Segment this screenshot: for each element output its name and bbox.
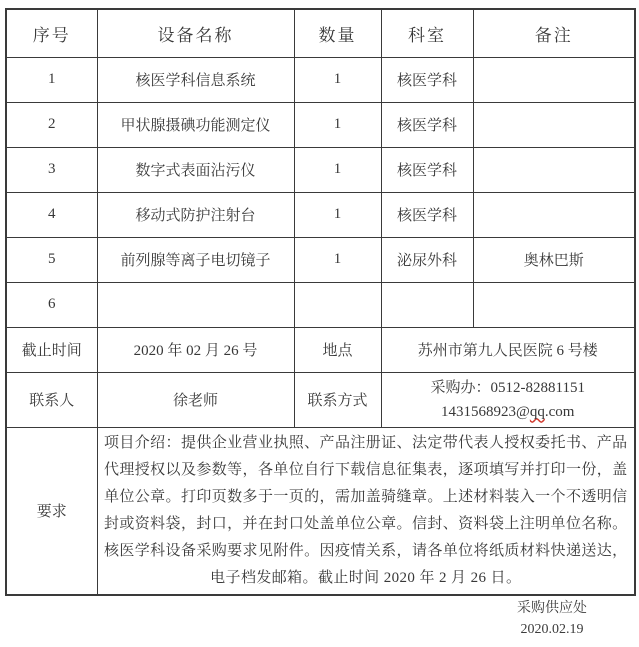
seq-cell: 5: [6, 237, 97, 282]
quantity-cell: 1: [294, 237, 381, 282]
email-tld-part: .com: [545, 404, 575, 420]
contact-method-value-cell: 采购办：0512-82881151 1431568923@qq.com: [381, 372, 635, 427]
seq-cell: 1: [6, 57, 97, 102]
device-name-cell: [97, 282, 294, 327]
quantity-cell: 1: [294, 102, 381, 147]
department-cell: 核医学科: [381, 192, 473, 237]
header-seq: 序号: [6, 9, 97, 57]
contact-name-cell: 徐老师: [97, 372, 294, 427]
device-name-cell: 甲状腺摄碘功能测定仪: [97, 102, 294, 147]
remarks-cell: [473, 57, 635, 102]
document-page: 序号 设备名称 数量 科室 备注 1 核医学科信息系统 1 核医学科 2 甲状腺…: [0, 0, 639, 647]
department-cell: [381, 282, 473, 327]
equipment-row-3: 3 数字式表面沾污仪 1 核医学科: [6, 147, 635, 192]
contact-email-line: 1431568923@qq.com: [386, 400, 631, 424]
remarks-cell: 奥林巴斯: [473, 237, 635, 282]
equipment-row-6: 6: [6, 282, 635, 327]
department-cell: 核医学科: [381, 102, 473, 147]
header-quantity: 数量: [294, 9, 381, 57]
location-label-cell: 地点: [294, 327, 381, 372]
signature-department: 采购供应处: [517, 598, 587, 619]
device-name-cell: 移动式防护注射台: [97, 192, 294, 237]
department-cell: 核医学科: [381, 147, 473, 192]
deadline-row: 截止时间 2020 年 02 月 26 号 地点 苏州市第九人民医院 6 号楼: [6, 327, 635, 372]
department-cell: 泌尿外科: [381, 237, 473, 282]
remarks-cell: [473, 192, 635, 237]
header-department: 科室: [381, 9, 473, 57]
department-cell: 核医学科: [381, 57, 473, 102]
requirements-text-cell: 项目介绍：提供企业营业执照、产品注册证、法定带代表人授权委托书、产品代理授权以及…: [97, 427, 635, 595]
deadline-label-cell: 截止时间: [6, 327, 97, 372]
remarks-cell: [473, 147, 635, 192]
header-device-name: 设备名称: [97, 9, 294, 57]
contact-method-label-cell: 联系方式: [294, 372, 381, 427]
equipment-row-5: 5 前列腺等离子电切镜子 1 泌尿外科 奥林巴斯: [6, 237, 635, 282]
location-value-cell: 苏州市第九人民医院 6 号楼: [381, 327, 635, 372]
table-header-row: 序号 设备名称 数量 科室 备注: [6, 9, 635, 57]
equipment-row-4: 4 移动式防护注射台 1 核医学科: [6, 192, 635, 237]
quantity-cell: 1: [294, 57, 381, 102]
seq-cell: 3: [6, 147, 97, 192]
deadline-value-cell: 2020 年 02 月 26 号: [97, 327, 294, 372]
contact-phone-line: 采购办：0512-82881151: [386, 376, 631, 400]
requirements-row: 要求 项目介绍：提供企业营业执照、产品注册证、法定带代表人授权委托书、产品代理授…: [6, 427, 635, 595]
signature-date: 2020.02.19: [517, 619, 587, 640]
remarks-cell: [473, 282, 635, 327]
seq-cell: 6: [6, 282, 97, 327]
email-user-part: 1431568923@: [441, 404, 530, 420]
seq-cell: 2: [6, 102, 97, 147]
equipment-row-2: 2 甲状腺摄碘功能测定仪 1 核医学科: [6, 102, 635, 147]
email-domain-part: qq: [530, 404, 545, 420]
device-name-cell: 数字式表面沾污仪: [97, 147, 294, 192]
quantity-cell: 1: [294, 147, 381, 192]
requirements-label-cell: 要求: [6, 427, 97, 595]
device-name-cell: 核医学科信息系统: [97, 57, 294, 102]
remarks-cell: [473, 102, 635, 147]
seq-cell: 4: [6, 192, 97, 237]
contact-label-cell: 联系人: [6, 372, 97, 427]
quantity-cell: 1: [294, 192, 381, 237]
equipment-row-1: 1 核医学科信息系统 1 核医学科: [6, 57, 635, 102]
quantity-cell: [294, 282, 381, 327]
device-name-cell: 前列腺等离子电切镜子: [97, 237, 294, 282]
header-remarks: 备注: [473, 9, 635, 57]
procurement-table: 序号 设备名称 数量 科室 备注 1 核医学科信息系统 1 核医学科 2 甲状腺…: [5, 8, 636, 596]
contact-row: 联系人 徐老师 联系方式 采购办：0512-82881151 143156892…: [6, 372, 635, 427]
signature-block: 采购供应处 2020.02.19: [517, 598, 587, 640]
